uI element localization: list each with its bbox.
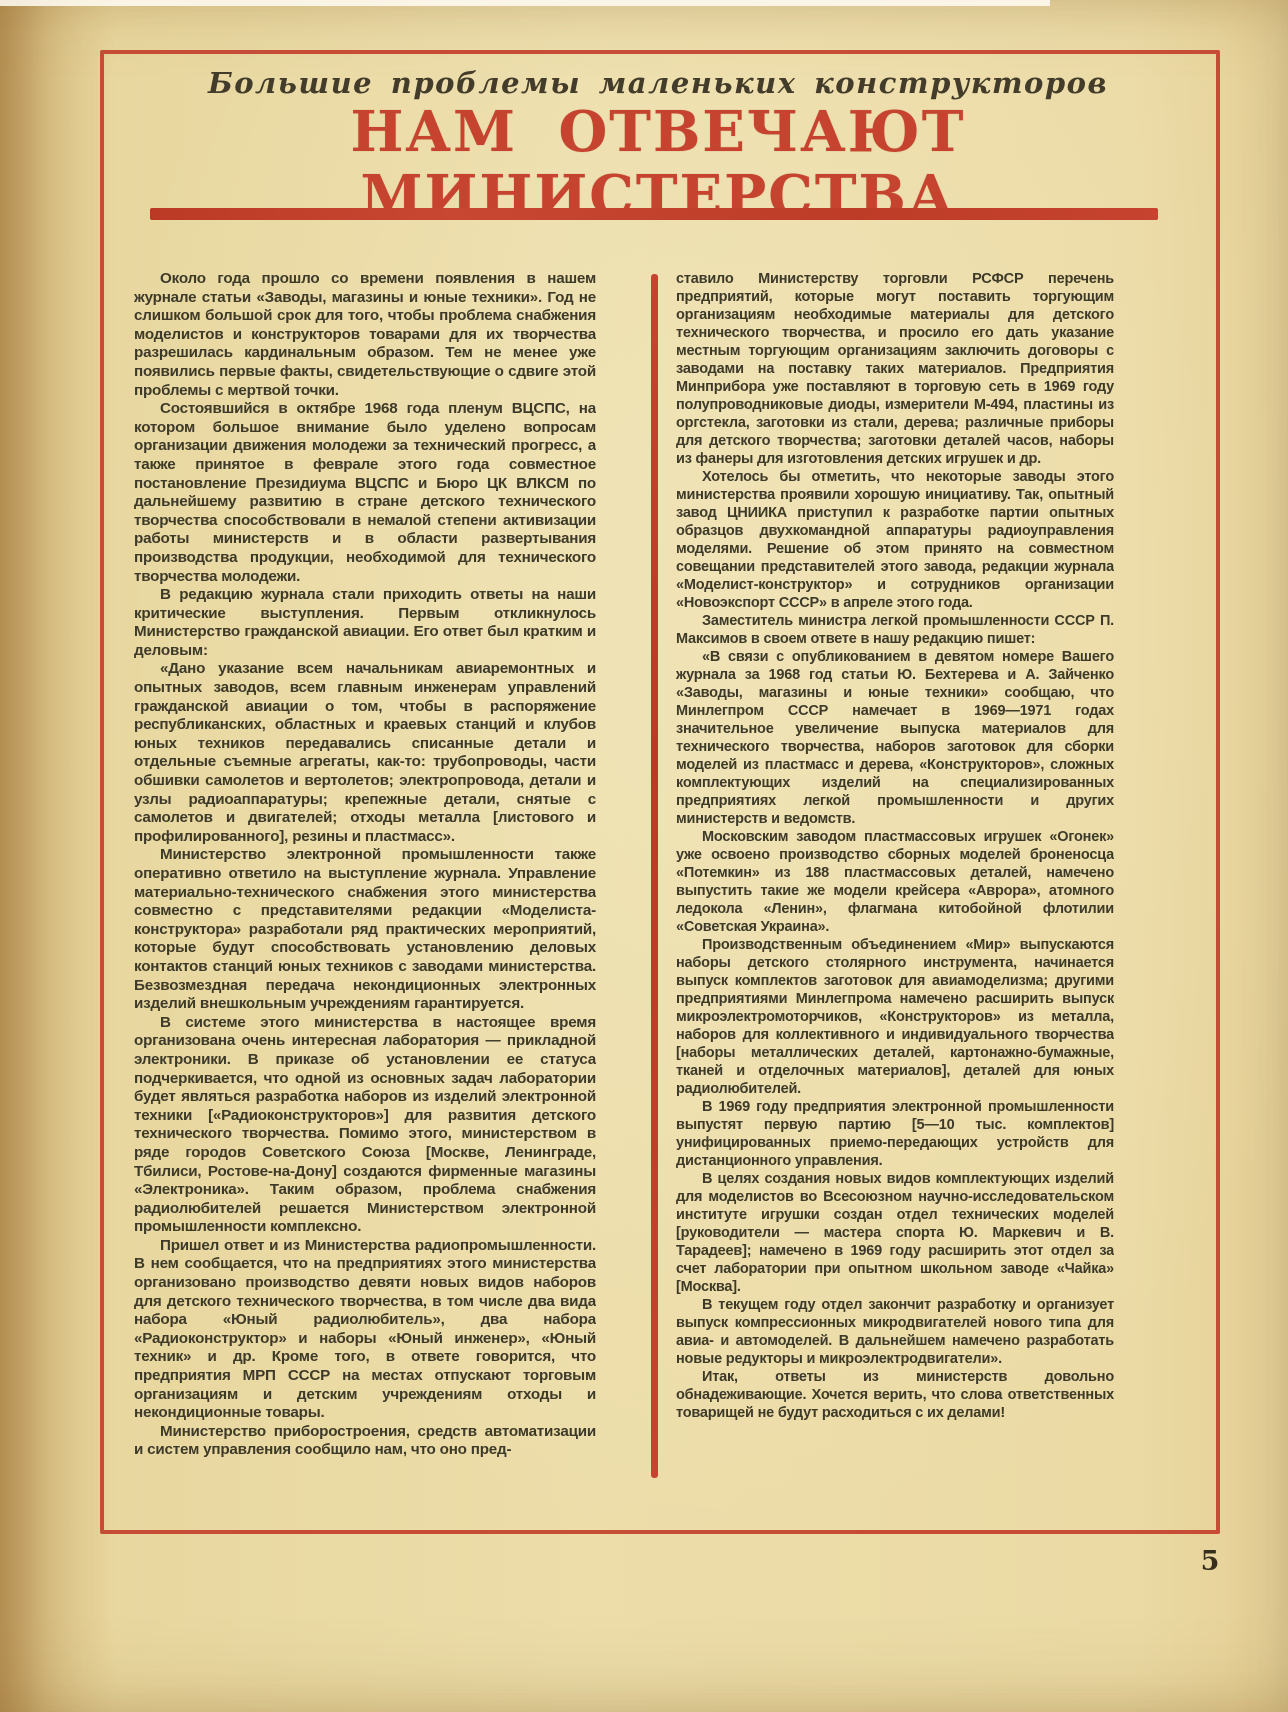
paragraph: В 1969 году предприятия электронной пром… bbox=[676, 1098, 1114, 1170]
paragraph: «В связи с опубликованием в девятом номе… bbox=[676, 648, 1114, 828]
paragraph: ставило Министерству торговли РСФСР пере… bbox=[676, 270, 1114, 468]
paragraph: Московским заводом пластмассовых игрушек… bbox=[676, 828, 1114, 936]
paragraph: Состоявшийся в октябре 1968 года пленум … bbox=[134, 400, 596, 586]
paragraph: Пришел ответ и из Министерства радиопром… bbox=[134, 1237, 596, 1423]
paragraph: «Дано указание всем начальникам авиаремо… bbox=[134, 660, 596, 846]
scan-edge bbox=[0, 0, 1050, 6]
right-column: ставило Министерству торговли РСФСР пере… bbox=[676, 270, 1114, 1522]
paragraph: Министерство приборостроения, средств ав… bbox=[134, 1423, 596, 1460]
paragraph: Министерство электронной промышленности … bbox=[134, 846, 596, 1013]
paragraph: Хотелось бы отметить, что некоторые заво… bbox=[676, 468, 1114, 612]
paragraph: Заместитель министра легкой промышленнос… bbox=[676, 612, 1114, 648]
article-kicker: Большие проблемы маленьких конструкторов bbox=[104, 66, 1212, 100]
paragraph: В текущем году отдел закончит разработку… bbox=[676, 1296, 1114, 1368]
paragraph: Итак, ответы из министерств довольно обн… bbox=[676, 1368, 1114, 1422]
column-divider bbox=[651, 274, 658, 1478]
paragraph: В системе этого министерства в настоящее… bbox=[134, 1014, 596, 1237]
paragraph: Около года прошло со времени появления в… bbox=[134, 270, 596, 400]
paragraph: В целях создания новых видов комплектующ… bbox=[676, 1170, 1114, 1296]
paragraph: В редакцию журнала стали приходить ответ… bbox=[134, 586, 596, 660]
paragraph: Производственным объединением «Мир» выпу… bbox=[676, 936, 1114, 1098]
title-underline-bar bbox=[150, 208, 1158, 220]
left-column: Около года прошло со времени появления в… bbox=[134, 270, 596, 1522]
magazine-page: Большие проблемы маленьких конструкторов… bbox=[0, 0, 1288, 1712]
page-number: 5 bbox=[1190, 1546, 1230, 1577]
